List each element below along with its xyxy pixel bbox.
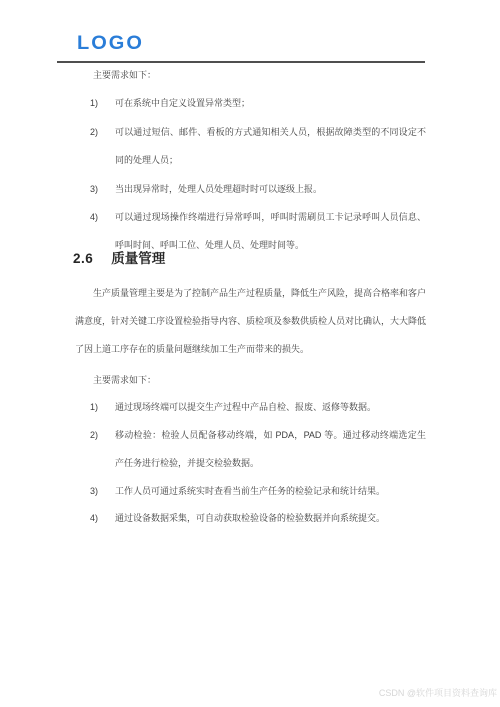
list-item: 1) 通过现场终端可以提交生产过程中产品自检、报废、返修等数据。	[90, 393, 426, 421]
list-item-number: 4)	[90, 203, 98, 231]
list-item: 3) 当出现异常时，处理人员处理超时时可以逐级上报。	[90, 175, 426, 203]
company-logo: LOGO	[77, 33, 144, 55]
quality-paragraph: 生产质量管理主要是为了控制产品生产过程质量，降低生产风险，提高合格率和客户满意度…	[75, 279, 426, 363]
list-item-text: 工作人员可通过系统实时查看当前生产任务的检验记录和统计结果。	[115, 486, 385, 496]
list-item: 2) 可以通过短信、邮件、看板的方式通知相关人员，根据故障类型的不同设定不同的处…	[90, 118, 426, 174]
section-number: 2.6	[73, 251, 93, 266]
list-item-text: 可以通过短信、邮件、看板的方式通知相关人员，根据故障类型的不同设定不同的处理人员…	[115, 127, 426, 165]
list-item-number: 1)	[90, 393, 98, 421]
list-item: 1) 可在系统中自定义设置异常类型；	[90, 89, 426, 117]
list-item-text: 移动检验：检验人员配备移动终端，如 PDA，PAD 等。通过移动终端选定生产任务…	[115, 430, 426, 468]
list-item: 3) 工作人员可通过系统实时查看当前生产任务的检验记录和统计结果。	[90, 477, 426, 505]
requirements-intro-2: 主要需求如下：	[93, 366, 156, 394]
list-item-text: 通过现场终端可以提交生产过程中产品自检、报废、返修等数据。	[115, 402, 376, 412]
list-item: 4) 通过设备数据采集，可自动获取检验设备的检验数据并向系统提交。	[90, 504, 426, 532]
list-item-text: 可在系统中自定义设置异常类型；	[115, 98, 250, 108]
list-item-number: 4)	[90, 504, 98, 532]
list-item-number: 2)	[90, 118, 98, 146]
document-page: LOGO 主要需求如下： 1) 可在系统中自定义设置异常类型； 2) 可以通过短…	[0, 0, 500, 707]
requirements-intro-1: 主要需求如下：	[93, 61, 156, 89]
list-item-number: 1)	[90, 89, 98, 117]
list-item-text: 当出现异常时，处理人员处理超时时可以逐级上报。	[115, 184, 322, 194]
list-item-number: 3)	[90, 175, 98, 203]
list-item-text: 可以通过现场操作终端进行异常呼叫，呼叫时需刷员工卡记录呼叫人员信息、呼叫时间、呼…	[115, 212, 426, 250]
section-heading-quality: 2.6质量管理	[73, 247, 165, 271]
csdn-watermark: CSDN @软件项目资料查询库	[379, 686, 497, 700]
list-item: 2) 移动检验：检验人员配备移动终端，如 PDA，PAD 等。通过移动终端选定生…	[90, 421, 426, 477]
list-item-number: 2)	[90, 421, 98, 449]
section-title: 质量管理	[111, 251, 165, 266]
list-item-number: 3)	[90, 477, 98, 505]
list-item-text: 通过设备数据采集，可自动获取检验设备的检验数据并向系统提交。	[115, 513, 385, 523]
